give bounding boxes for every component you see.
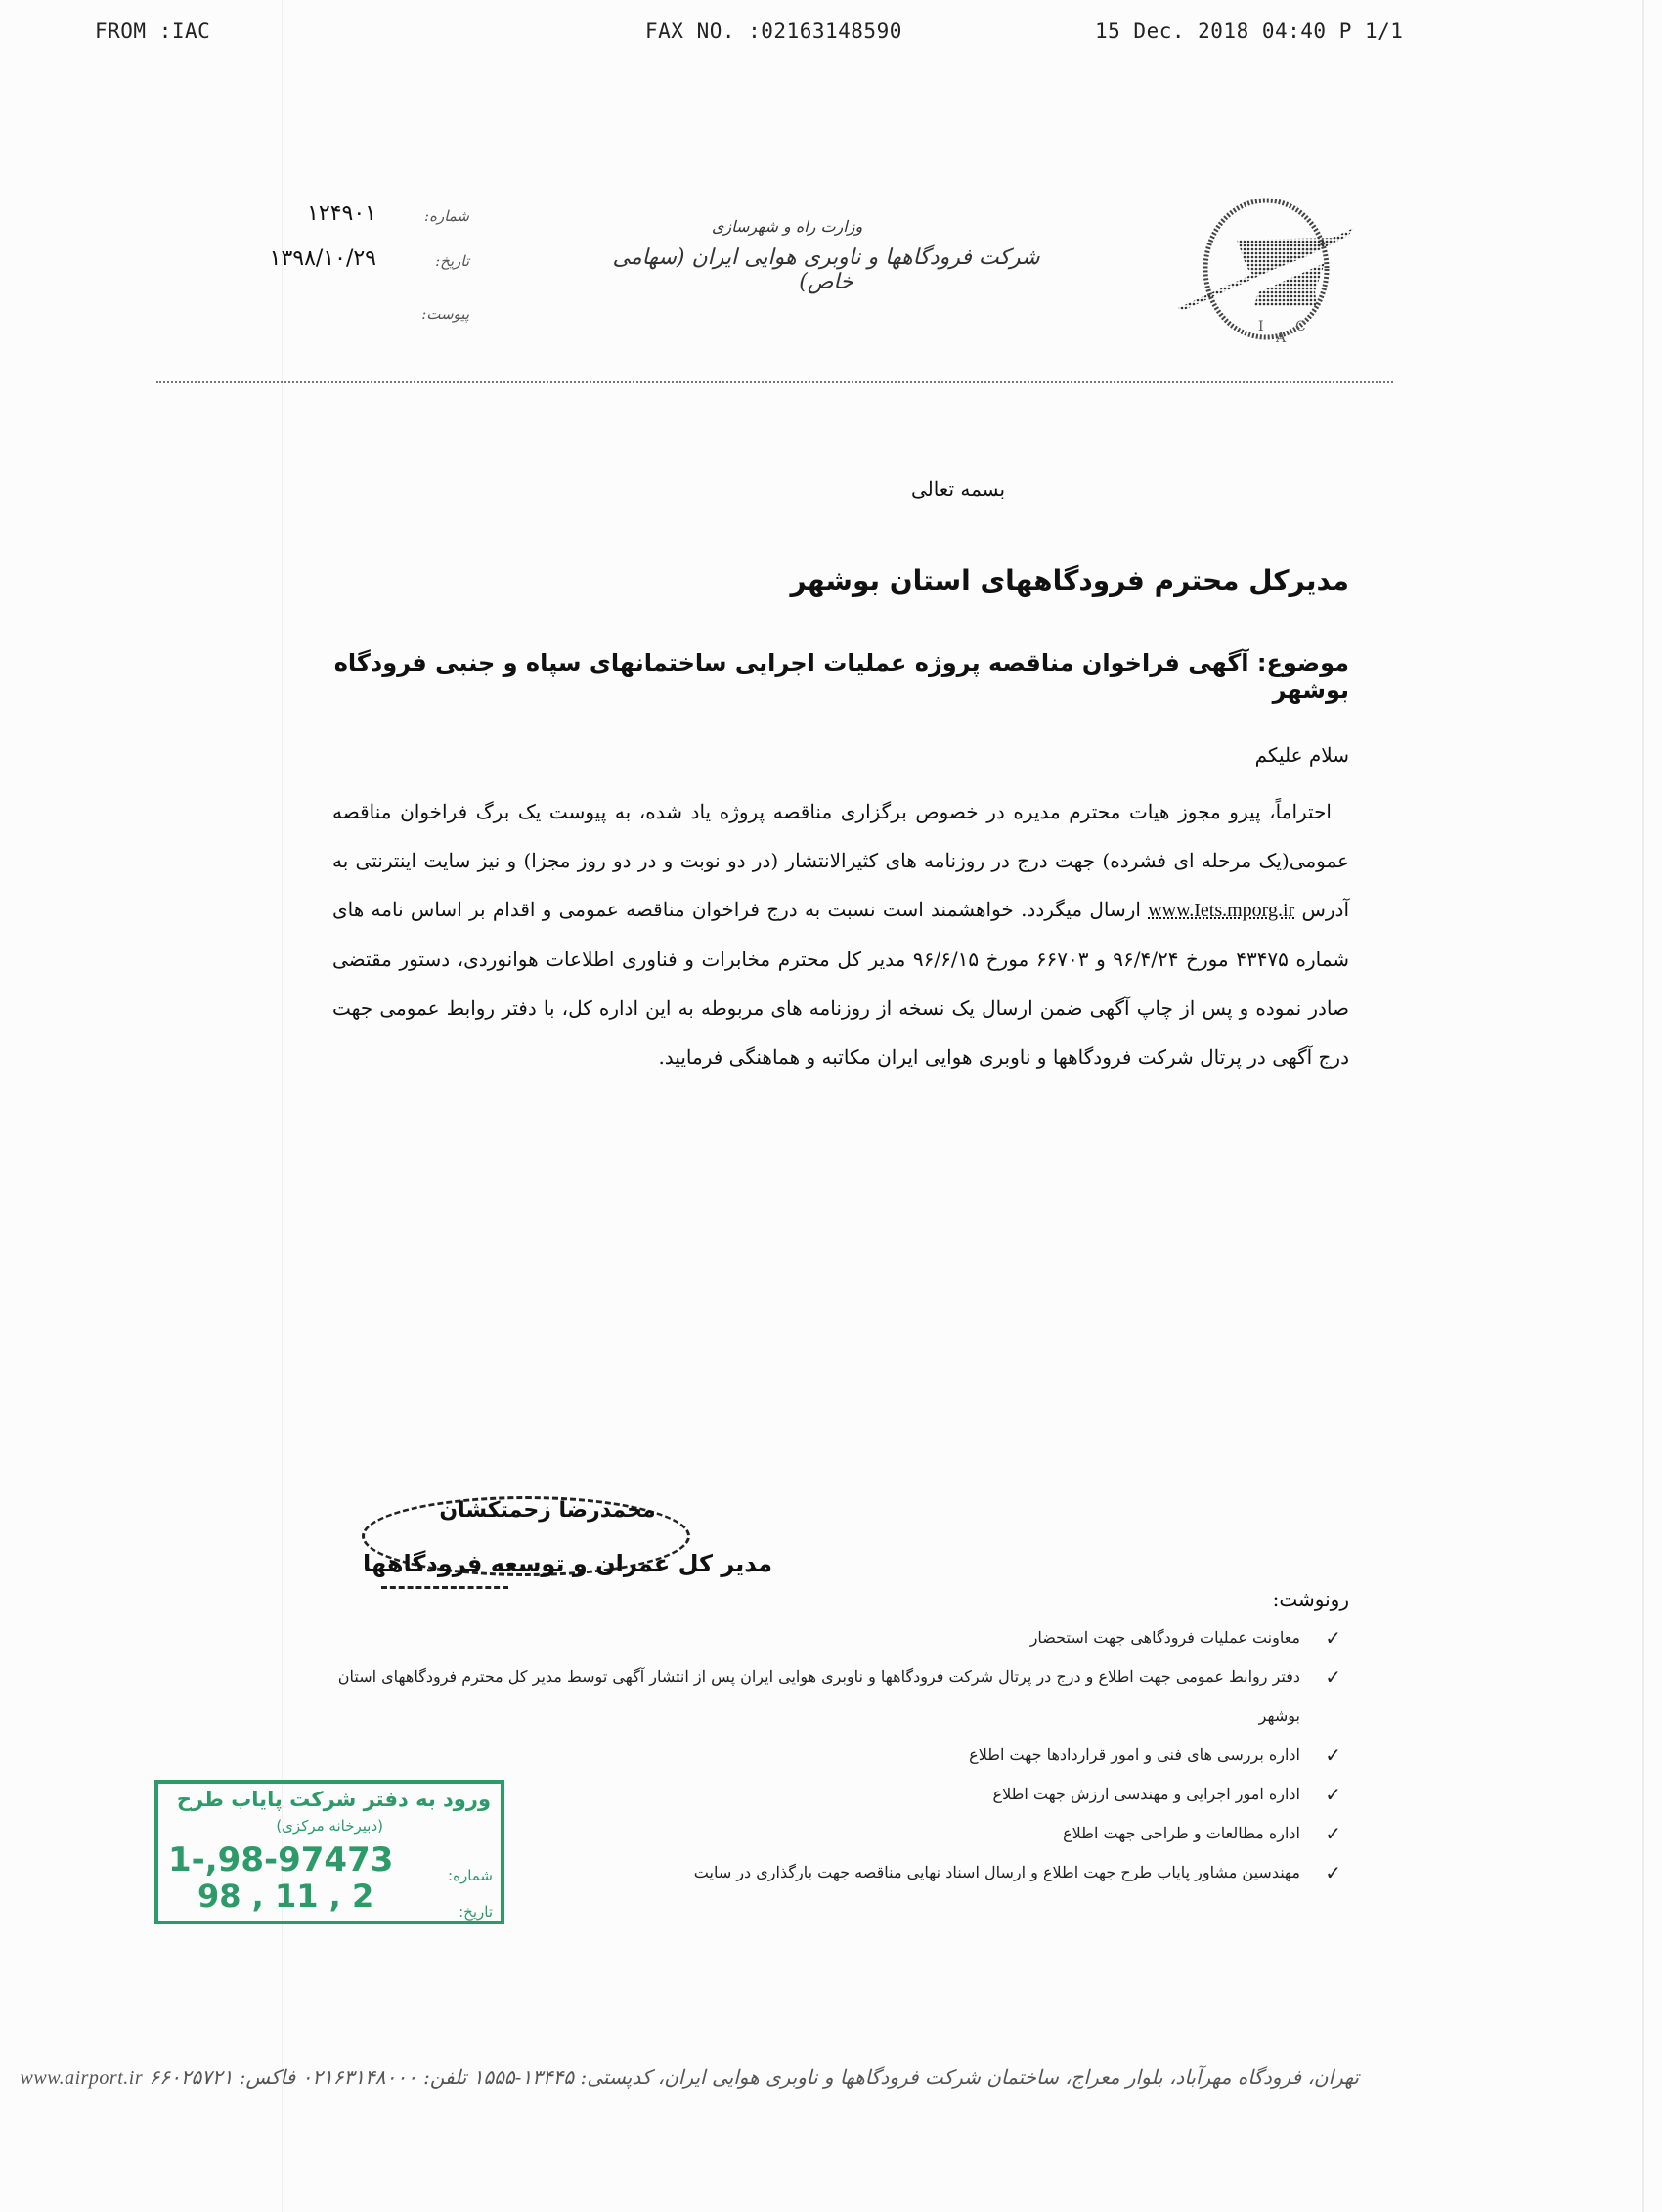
organization-name: وزارت راه و شهرسازی شرکت فرودگاهها و ناو… xyxy=(587,217,1066,294)
checkmark-icon: ✓ xyxy=(1325,1736,1341,1775)
fax-from: FROM :IAC xyxy=(95,20,210,43)
meta-number: شماره: ۱۲۴۹۰۱ xyxy=(166,207,469,246)
received-stamp: ورود به دفتر شرکت پایاب طرح (دبیرخانه مر… xyxy=(154,1780,504,1924)
body-text-part2: ارسال میگردد. خواهشمند است نسبت به درج ف… xyxy=(332,898,1349,1069)
checkmark-icon: ✓ xyxy=(1325,1814,1341,1853)
letterhead-footer: تهران، فرودگاه مهرآباد، بلوار معراج، ساخ… xyxy=(215,2065,1359,2090)
cc-item-text: اداره مطالعات و طراحی جهت اطلاع xyxy=(1063,1824,1300,1842)
svg-text:C: C xyxy=(1295,319,1306,334)
tender-website-link[interactable]: www.Iets.mporg.ir xyxy=(1148,900,1294,921)
svg-text:A: A xyxy=(1275,331,1287,345)
stamp-number-label: شماره: xyxy=(448,1867,493,1884)
header-divider xyxy=(156,381,1393,383)
meta-date-value: ۱۳۹۸/۱۰/۲۹ xyxy=(270,246,376,271)
stamp-title: ورود به دفتر شرکت پایاب طرح xyxy=(177,1788,491,1811)
ministry-name: وزارت راه و شهرسازی xyxy=(587,217,987,236)
subject: موضوع: آگهی فراخوان مناقصه پروژه عملیات … xyxy=(332,649,1349,704)
company-name: شرکت فرودگاهها و ناوبری هوایی ایران (سها… xyxy=(587,245,1066,294)
cc-item-text: مهندسین مشاور پایاب طرح جهت اطلاع و ارسا… xyxy=(694,1863,1300,1881)
meta-attachment-label: پیوست: xyxy=(421,305,469,323)
bismillah: بسمه تعالی xyxy=(332,477,1466,501)
cc-item-text: اداره امور اجرایی و مهندسی ارزش جهت اطلا… xyxy=(993,1785,1300,1803)
footer-address: تهران، فرودگاه مهرآباد، بلوار معراج، ساخ… xyxy=(149,2065,1359,2089)
signatory-title: مدیر کل عمران و توسعه فرودگاهها xyxy=(342,1550,772,1577)
meta-date-label: تاریخ: xyxy=(435,252,469,270)
signatory-name: محمدرضا زحمتکشان xyxy=(401,1498,694,1523)
meta-attachment: پیوست: xyxy=(166,305,469,344)
iac-logo-icon: I A C xyxy=(1149,189,1354,345)
cc-item-text: معاونت عملیات فرودگاهی جهت استحضار xyxy=(1030,1628,1300,1647)
body-paragraph: احتراماً، پیرو مجوز هیات محترم مدیره در … xyxy=(332,787,1349,1082)
letter-body: احتراماً، پیرو مجوز هیات محترم مدیره در … xyxy=(332,787,1349,1082)
svg-text:I: I xyxy=(1258,319,1264,334)
stamp-number: 1-,98-97473 xyxy=(168,1840,393,1880)
stamp-date: 98 , 11 , 2 xyxy=(197,1878,373,1915)
meta-date: تاریخ: ۱۳۹۸/۱۰/۲۹ xyxy=(166,252,469,291)
stamp-date-label: تاریخ: xyxy=(459,1903,493,1921)
fax-date-page: 15 Dec. 2018 04:40 P 1/1 xyxy=(1095,20,1403,43)
fax-header: FROM :IAC FAX NO. :02163148590 15 Dec. 2… xyxy=(0,20,1662,49)
cc-item: ✓ اداره بررسی های فنی و امور قراردادها ج… xyxy=(313,1736,1349,1775)
meta-number-label: شماره: xyxy=(424,207,469,225)
recipient: مدیرکل محترم فرودگاههای استان بوشهر xyxy=(332,564,1349,597)
checkmark-icon: ✓ xyxy=(1325,1618,1341,1658)
page-edge xyxy=(1642,0,1644,2212)
cc-item-text: دفتر روابط عمومی جهت اطلاع و درج در پرتا… xyxy=(338,1667,1300,1725)
cc-item: ✓ معاونت عملیات فرودگاهی جهت استحضار xyxy=(313,1618,1349,1658)
checkmark-icon: ✓ xyxy=(1325,1853,1341,1892)
fax-number: FAX NO. :02163148590 xyxy=(645,20,902,43)
letter-meta: شماره: ۱۲۴۹۰۱ تاریخ: ۱۳۹۸/۱۰/۲۹ پیوست: xyxy=(166,196,479,352)
stamp-subtitle: (دبیرخانه مرکزی) xyxy=(276,1817,383,1835)
cc-item-text: اداره بررسی های فنی و امور قراردادها جهت… xyxy=(969,1746,1300,1764)
cc-item: ✓ دفتر روابط عمومی جهت اطلاع و درج در پر… xyxy=(313,1658,1349,1736)
meta-number-value: ۱۲۴۹۰۱ xyxy=(307,201,376,226)
footer-website: www.airport.ir xyxy=(21,2067,144,2089)
cc-title: رونوشت: xyxy=(313,1587,1349,1611)
checkmark-icon: ✓ xyxy=(1325,1775,1341,1814)
greeting: سلام علیکم xyxy=(332,743,1349,767)
checkmark-icon: ✓ xyxy=(1325,1658,1341,1697)
signature-block: محمدرضا زحمتکشان مدیر کل عمران و توسعه ف… xyxy=(342,1477,772,1604)
